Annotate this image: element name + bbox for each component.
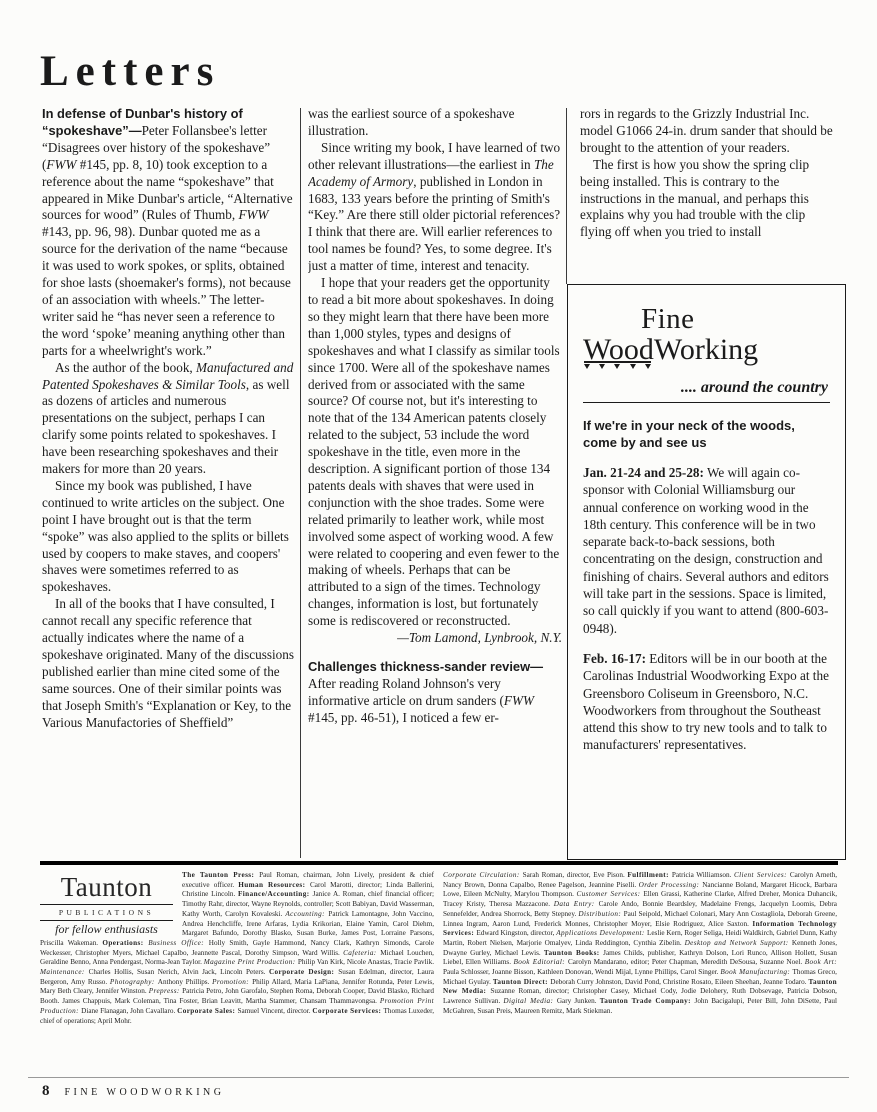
text-segment: Challenges thickness-sander review— (308, 659, 543, 674)
text-segment: Taunton Direct: (493, 978, 550, 986)
text-segment: Prepress: (149, 987, 182, 995)
text-segment: Finance/Accounting: (238, 890, 313, 898)
text-segment: Corporate Sales: (177, 1007, 237, 1015)
text-segment: Paula Schlosser, Joanne Bisson, Kathleen… (443, 968, 720, 976)
text-segment: Distribution: (578, 910, 623, 918)
text-segment: Charles Hollis, Susan Nerich, Alvin Jack… (89, 968, 269, 976)
text-segment: After reading Roland Johnson's very info… (308, 676, 504, 708)
letter-paragraph: In all of the books that I have consulte… (42, 596, 294, 731)
event-item: Feb. 16-17: Editors will be in our booth… (583, 650, 830, 754)
text-segment: Book Editorial: (514, 958, 568, 966)
dovetail-marks-icon (584, 361, 651, 369)
text-segment: Taunton Trade Company: (600, 997, 695, 1005)
text-segment: Diane Flanagan, John Cavallaro. (81, 1007, 177, 1015)
letters-column-2: was the earliest source of a spokeshave … (308, 106, 562, 727)
letters-column-1: In defense of Dunbar's history of “spoke… (42, 106, 294, 732)
fine-woodworking-logo: Fine WoodWorking (583, 305, 830, 365)
text-segment: Patricia Williamson. (672, 871, 734, 879)
text-segment: Carolyn Mandarano, editor; Peter Chapman… (568, 958, 805, 966)
text-segment: Promotion: (212, 978, 252, 986)
text-segment: #145, pp. 46-51), I noticed a few er- (308, 710, 499, 725)
page-title: Letters (40, 47, 220, 96)
text-segment: Fulfillment: (627, 871, 672, 879)
event-date: Jan. 21-24 and 25-28: (583, 465, 704, 480)
letter-paragraph: was the earliest source of a spokeshave … (308, 106, 562, 140)
text-segment: Applications Development: (556, 929, 647, 937)
column-divider (300, 108, 301, 858)
sidebar-heading: If we're in your neck of the woods, come… (583, 417, 830, 451)
text-segment: was the earliest source of a spokeshave … (308, 106, 515, 138)
magazine-name: FINE WOODWORKING (65, 1087, 225, 1098)
letter-paragraph: rors in regards to the Grizzly Industria… (580, 106, 838, 157)
text-segment: Human Resources: (238, 881, 310, 889)
text-segment: I hope that your readers get the opportu… (308, 275, 560, 628)
text-segment: Business Office: (148, 939, 209, 947)
page-number: 8 (42, 1083, 50, 1100)
masthead-rule (40, 861, 838, 865)
text-segment: rors in regards to the Grizzly Industria… (580, 106, 833, 155)
event-date: Feb. 16-17: (583, 651, 646, 666)
text-segment: Samuel Vincent, director. (238, 1007, 313, 1015)
text-segment: The first is how you show the spring cli… (580, 157, 809, 240)
letter-paragraph: In defense of Dunbar's history of “spoke… (42, 106, 294, 360)
text-segment: Since my book was published, I have cont… (42, 478, 289, 594)
text-segment: Accounting: (285, 910, 328, 918)
masthead-right-text: Corporate Circulation: Sarah Roman, dire… (443, 871, 837, 1015)
text-segment: FWW (46, 157, 76, 172)
text-segment: The Taunton Press: (182, 871, 259, 879)
text-segment: As the author of the book, (55, 360, 196, 375)
text-segment: Anthony Phillips. (158, 978, 212, 986)
text-segment: Desktop and Network Support: (685, 939, 792, 947)
event-item: Jan. 21-24 and 25-28: We will again co-s… (583, 464, 830, 637)
text-segment: Corporate Services: (312, 1007, 383, 1015)
text-segment: Cafeteria: (343, 949, 380, 957)
text-segment: Sarah Roman, director, Eve Pison. (523, 871, 628, 879)
around-the-country-box: Fine WoodWorking .... around the country… (567, 284, 846, 860)
letters-column-3: rors in regards to the Grizzly Industria… (580, 106, 838, 241)
text-segment: Client Services: (734, 871, 790, 879)
masthead-left-column: Taunton PUBLICATIONS for fellow enthusia… (40, 871, 434, 1026)
text-segment: Gary Junken. (557, 997, 600, 1005)
text-segment: Taunton Books: (544, 949, 603, 957)
logo-text-working: Working (654, 333, 758, 366)
text-segment: Deborah Curry Johnston, David Pond, Chri… (550, 978, 808, 986)
text-segment: Digital Media: (503, 997, 556, 1005)
taunton-logo: Taunton PUBLICATIONS for fellow enthusia… (40, 874, 173, 934)
text-segment: Book Manufacturing: (720, 968, 792, 976)
text-segment: Book Art: (805, 958, 837, 966)
event-body: We will again co-sponsor with Colonial W… (583, 465, 829, 636)
text-segment: Philip Van Kirk, Nicole Anastas, Tracie … (298, 958, 434, 966)
page-footer: 8 FINE WOODWORKING (42, 1083, 224, 1100)
logo-text-fine: Fine (641, 305, 830, 334)
text-segment: Since writing my book, I have learned of… (308, 140, 560, 172)
text-segment: Photography: (110, 978, 158, 986)
text-segment: Edward Kingston, director, (476, 929, 556, 937)
letter-paragraph: As the author of the book, Manufactured … (42, 360, 294, 478)
text-segment: Magazine Print Production: (204, 958, 298, 966)
logo-text-woodworking: WoodWorking (583, 335, 830, 365)
letter-paragraph: I hope that your readers get the opportu… (308, 275, 562, 630)
magazine-page: Letters In defense of Dunbar's history o… (0, 0, 877, 1112)
letter-paragraph: The first is how you show the spring cli… (580, 157, 838, 242)
taunton-logo-motto: for fellow enthusiasts (40, 925, 173, 935)
masthead: Taunton PUBLICATIONS for fellow enthusia… (40, 871, 838, 1026)
event-body: Editors will be in our booth at the Caro… (583, 651, 829, 752)
taunton-logo-publications: PUBLICATIONS (40, 904, 173, 921)
tagline-rule (583, 402, 830, 403)
letter-paragraph: Since my book was published, I have cont… (42, 478, 294, 596)
letter-paragraph: Challenges thickness-sander review—After… (308, 659, 562, 727)
text-segment: FWW (504, 693, 534, 708)
text-segment: Corporate Design: (269, 968, 338, 976)
text-segment: Maintenance: (40, 968, 89, 976)
sidebar-tagline: .... around the country (583, 379, 830, 397)
footer-rule (28, 1077, 849, 1078)
text-segment: Data Entry: (554, 900, 599, 908)
letter-paragraph: Since writing my book, I have learned of… (308, 140, 562, 275)
text-segment: Customer Services: (576, 890, 643, 898)
taunton-logo-name: Taunton (40, 874, 173, 901)
text-segment: FWW (238, 207, 268, 222)
text-segment: Corporate Circulation: (443, 871, 523, 879)
text-segment: In all of the books that I have consulte… (42, 596, 294, 729)
text-segment: Operations: (102, 939, 148, 947)
text-segment: Order Processing: (639, 881, 703, 889)
text-segment: #143, pp. 96, 98). Dunbar quoted me as a… (42, 224, 291, 357)
letter-signature: —Tom Lamond, Lynbrook, N.Y. (308, 630, 562, 647)
column-divider (566, 108, 567, 284)
masthead-right-column: Corporate Circulation: Sarah Roman, dire… (443, 871, 837, 1026)
